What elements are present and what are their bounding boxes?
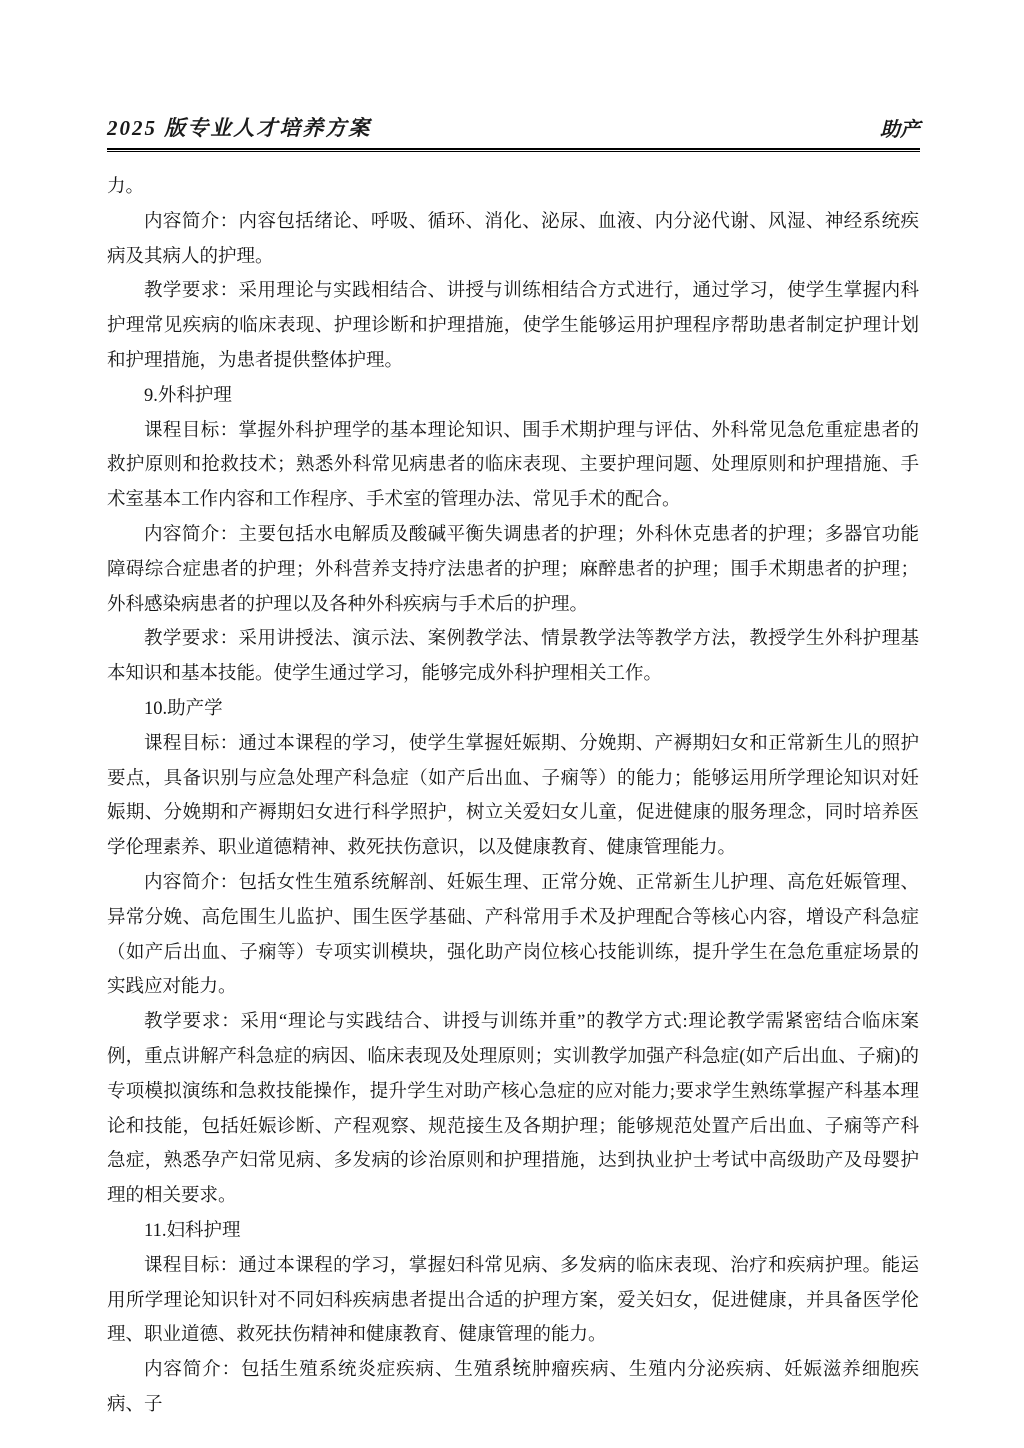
paragraph: 课程目标：通过本课程的学习，掌握妇科常见病、多发病的临床表现、治疗和疾病护理。能… (107, 1249, 919, 1353)
page-number: 11 (504, 1355, 520, 1371)
header-title-right: 助产 (880, 113, 920, 142)
document-page: 2025 版专业人才培养方案 助产 力。 内容简介：内容包括绪论、呼吸、循环、消… (0, 0, 1024, 1448)
page-footer: 11 (0, 1354, 1024, 1372)
paragraph: 内容简介：内容包括绪论、呼吸、循环、消化、泌尿、血液、内分泌代谢、风湿、神经系统… (107, 205, 919, 275)
paragraph: 内容简介：包括女性生殖系统解剖、妊娠生理、正常分娩、正常新生儿护理、高危妊娠管理… (107, 866, 919, 1005)
page-header: 2025 版专业人才培养方案 助产 (107, 112, 920, 152)
section-heading: 11.妇科护理 (107, 1214, 919, 1249)
paragraph: 教学要求：采用理论与实践相结合、讲授与训练相结合方式进行，通过学习，使学生掌握内… (107, 274, 919, 378)
paragraph: 教学要求：采用讲授法、演示法、案例教学法、情景教学法等教学方法，教授学生外科护理… (107, 622, 919, 692)
paragraph: 课程目标：通过本课程的学习，使学生掌握妊娠期、分娩期、产褥期妇女和正常新生儿的照… (107, 727, 919, 866)
paragraph: 内容简介：主要包括水电解质及酸碱平衡失调患者的护理；外科休克患者的护理；多器官功… (107, 518, 919, 622)
document-body: 力。 内容简介：内容包括绪论、呼吸、循环、消化、泌尿、血液、内分泌代谢、风湿、神… (107, 170, 919, 1423)
header-divider (107, 148, 920, 152)
section-heading: 10.助产学 (107, 692, 919, 727)
paragraph: 课程目标：掌握外科护理学的基本理论知识、围手术期护理与评估、外科常见急危重症患者… (107, 414, 919, 518)
section-heading: 9.外科护理 (107, 379, 919, 414)
paragraph: 教学要求：采用“理论与实践结合、讲授与训练并重”的教学方式:理论教学需紧密结合临… (107, 1005, 919, 1214)
paragraph-continuation: 力。 (107, 170, 919, 205)
header-title-left: 2025 版专业人才培养方案 (107, 112, 371, 142)
